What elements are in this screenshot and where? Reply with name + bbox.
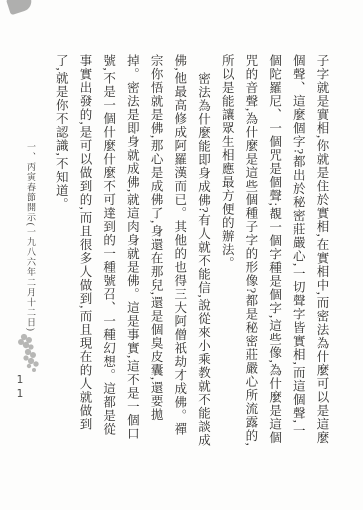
book-page: 子字就是實相,你就是住於實相,在實相中,而密法為什麼可以是這麼個聲、這麼個字?都…	[0, 0, 363, 510]
paragraph-continuation: 子字就是實相,你就是住於實相,在實相中,而密法為什麼可以是這麼個聲、這麼個字?都…	[214, 54, 333, 448]
plum-blossom-stamp-icon	[15, 331, 45, 379]
page-number: 11	[14, 374, 26, 402]
paragraph-new: 密法為什麼能即身成佛?有人就不能信,說從來小乘教就不能談成佛,他最高修成阿羅漢而…	[49, 54, 215, 448]
running-head: 一、丙寅春節開示(一九八六年二月十二日)	[25, 142, 38, 357]
main-text-block: 子字就是實相,你就是住於實相,在實相中,而密法為什麼可以是這麼個聲、這麼個字?都…	[49, 54, 333, 448]
scan-artifact	[6, 0, 34, 15]
